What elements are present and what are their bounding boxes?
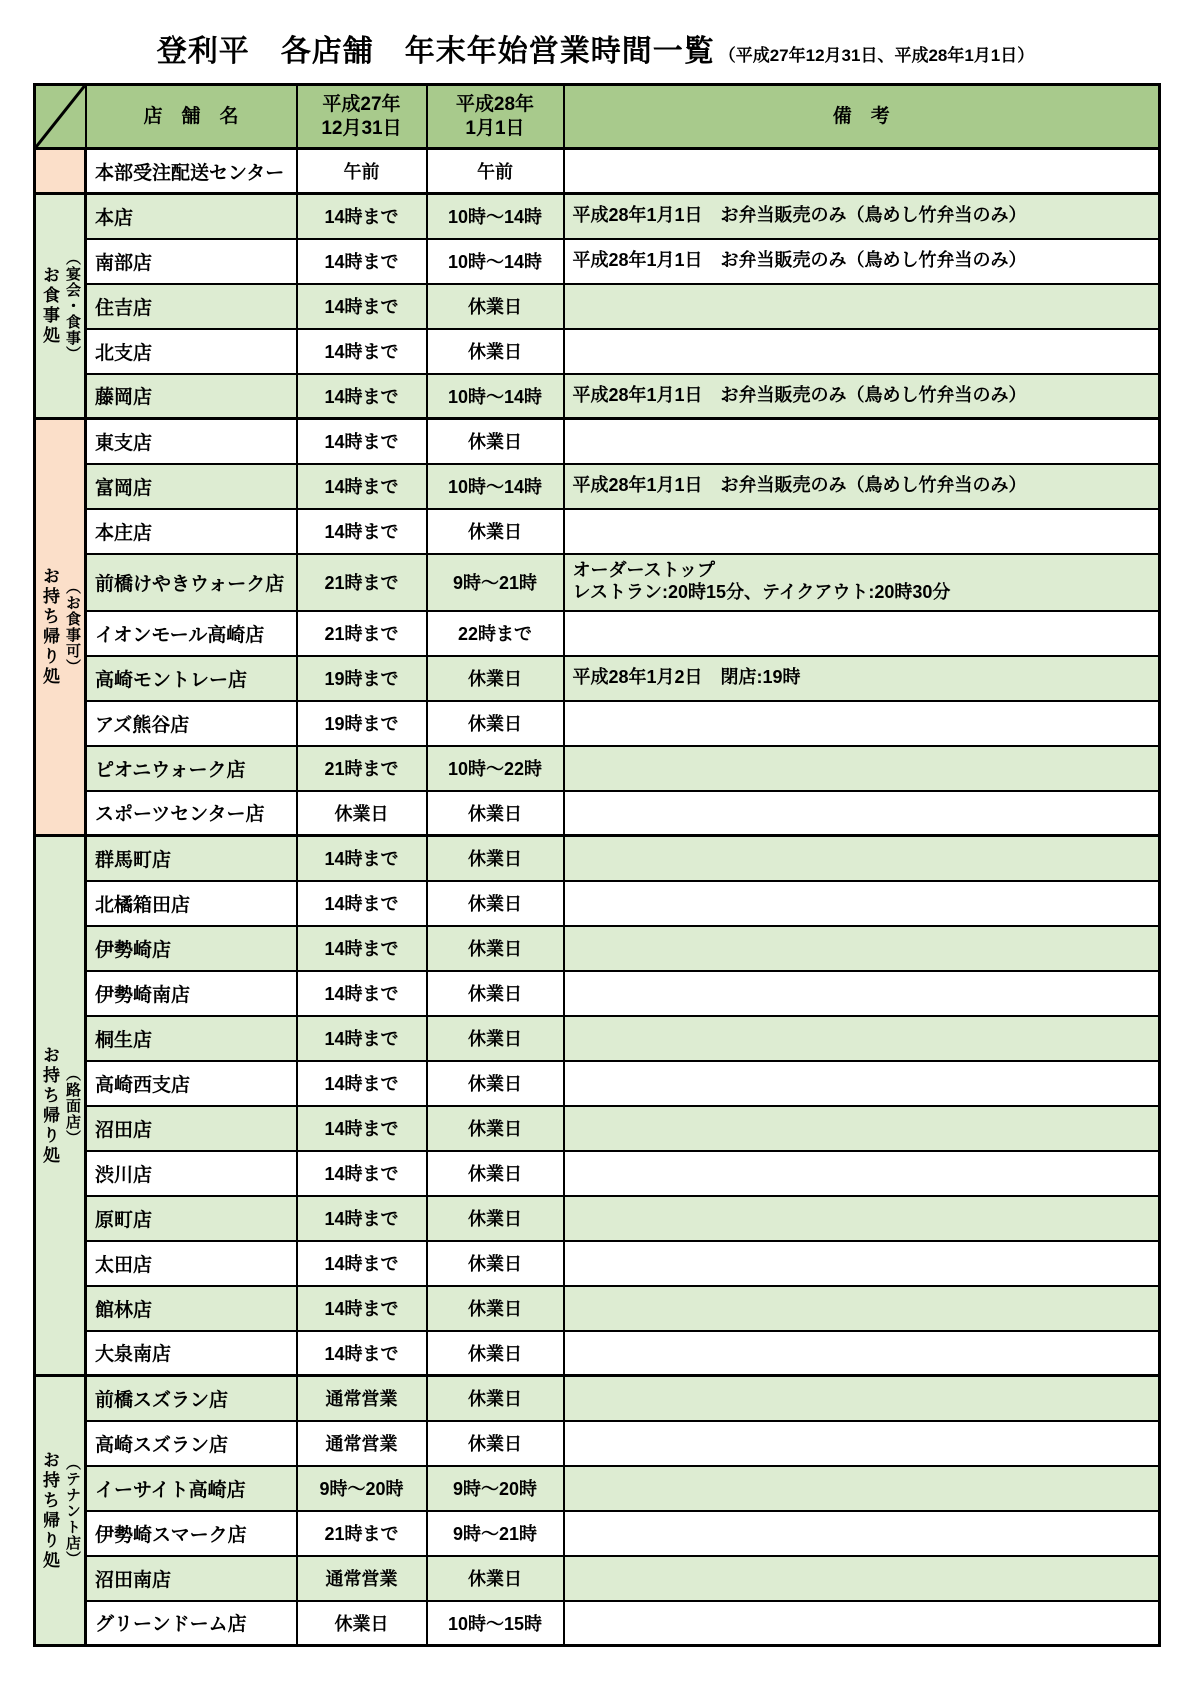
jan1-cell: 休業日 — [427, 1151, 564, 1196]
dec31-cell: 通常営業 — [297, 1556, 427, 1601]
category-label-main: お持ち帰り処 — [37, 1451, 62, 1571]
store-name-cell: 前橋スズラン店 — [86, 1376, 297, 1421]
jan1-cell: 休業日 — [427, 1421, 564, 1466]
dec31-cell: 21時まで — [297, 611, 427, 656]
table-row: スポーツセンター店休業日休業日 — [35, 791, 1160, 836]
dec31-cell: 14時まで — [297, 1331, 427, 1376]
table-row: お持ち帰り処（路面店）群馬町店14時まで休業日 — [35, 836, 1160, 881]
table-row: 住吉店14時まで休業日 — [35, 284, 1160, 329]
store-name-cell: 北橘箱田店 — [86, 881, 297, 926]
jan1-cell: 休業日 — [427, 656, 564, 701]
remark-cell — [564, 1376, 1160, 1421]
table-row: 富岡店14時まで10時～14時平成28年1月1日 お弁当販売のみ（鳥めし竹弁当の… — [35, 464, 1160, 509]
table-row: お持ち帰り処（お食事可）東支店14時まで休業日 — [35, 419, 1160, 464]
category-label: お持ち帰り処（路面店） — [36, 1046, 84, 1166]
store-name-cell: 本庄店 — [86, 509, 297, 554]
table-row: 北橘箱田店14時まで休業日 — [35, 881, 1160, 926]
jan1-cell: 休業日 — [427, 701, 564, 746]
store-name-cell: 渋川店 — [86, 1151, 297, 1196]
category-label-sub: （路面店） — [62, 1066, 83, 1146]
jan1-header: 平成28年 1月1日 — [427, 85, 564, 149]
category-label-main: お食事処 — [37, 266, 62, 346]
dec31-cell: 21時まで — [297, 746, 427, 791]
store-name-cell: 桐生店 — [86, 1016, 297, 1061]
remark-cell — [564, 1196, 1160, 1241]
store-name-cell: 原町店 — [86, 1196, 297, 1241]
store-name-cell: イーサイト高崎店 — [86, 1466, 297, 1511]
remark-cell: 平成28年1月1日 お弁当販売のみ（鳥めし竹弁当のみ） — [564, 194, 1160, 239]
category-label-sub: （お食事可） — [62, 579, 83, 675]
jan1-cell: 10時～22時 — [427, 746, 564, 791]
store-name-cell: 本店 — [86, 194, 297, 239]
remark-cell — [564, 1151, 1160, 1196]
dec31-cell: 14時まで — [297, 971, 427, 1016]
remark-cell — [564, 1286, 1160, 1331]
jan1-cell: 休業日 — [427, 971, 564, 1016]
table-row: 北支店14時まで休業日 — [35, 329, 1160, 374]
remark-cell — [564, 284, 1160, 329]
dec31-cell: 21時まで — [297, 1511, 427, 1556]
dec31-cell: 14時まで — [297, 881, 427, 926]
remark-cell — [564, 1511, 1160, 1556]
remark-cell — [564, 836, 1160, 881]
table-row: 沼田店14時まで休業日 — [35, 1106, 1160, 1151]
remark-cell — [564, 1061, 1160, 1106]
remark-cell: 平成28年1月2日 閉店:19時 — [564, 656, 1160, 701]
dec31-cell: 14時まで — [297, 926, 427, 971]
remark-cell — [564, 149, 1160, 194]
dec31-cell: 14時まで — [297, 1286, 427, 1331]
remark-cell — [564, 419, 1160, 464]
schedule-table: 店 舗 名 平成27年 12月31日 平成28年 1月1日 備 考 本部受注配送… — [33, 83, 1161, 1647]
remark-cell — [564, 1106, 1160, 1151]
table-row: 原町店14時まで休業日 — [35, 1196, 1160, 1241]
dec31-cell: 14時まで — [297, 239, 427, 284]
table-row: 伊勢崎南店14時まで休業日 — [35, 971, 1160, 1016]
store-name-cell: ピオニウォーク店 — [86, 746, 297, 791]
dec31-cell: 休業日 — [297, 1601, 427, 1646]
remark-cell — [564, 1466, 1160, 1511]
jan1-cell: 9時～21時 — [427, 554, 564, 611]
category-cell: お持ち帰り処（路面店） — [35, 836, 86, 1376]
table-row: イーサイト高崎店9時～20時9時～20時 — [35, 1466, 1160, 1511]
page-title: 登利平 各店舗 年末年始営業時間一覧（平成27年12月31日、平成28年1月1日… — [33, 26, 1158, 70]
remark-cell: 平成28年1月1日 お弁当販売のみ（鳥めし竹弁当のみ） — [564, 464, 1160, 509]
header-row: 店 舗 名 平成27年 12月31日 平成28年 1月1日 備 考 — [35, 85, 1160, 149]
dec31-cell: 14時まで — [297, 419, 427, 464]
store-name-cell: 伊勢崎スマーク店 — [86, 1511, 297, 1556]
diagonal-cell — [35, 85, 86, 149]
dec31-cell: 休業日 — [297, 791, 427, 836]
dec31-cell: 9時～20時 — [297, 1466, 427, 1511]
dec31-cell: 14時まで — [297, 464, 427, 509]
category-cell — [35, 149, 86, 194]
table-row: 藤岡店14時まで10時～14時平成28年1月1日 お弁当販売のみ（鳥めし竹弁当の… — [35, 374, 1160, 419]
dec31-cell: 通常営業 — [297, 1376, 427, 1421]
remark-cell — [564, 926, 1160, 971]
jan1-cell: 10時～14時 — [427, 194, 564, 239]
store-name-cell: スポーツセンター店 — [86, 791, 297, 836]
store-name-cell: グリーンドーム店 — [86, 1601, 297, 1646]
jan1-cell: 休業日 — [427, 284, 564, 329]
jan1-cell: 9時～21時 — [427, 1511, 564, 1556]
jan1-cell: 休業日 — [427, 836, 564, 881]
jan1-cell: 休業日 — [427, 1196, 564, 1241]
store-name-cell: 高崎西支店 — [86, 1061, 297, 1106]
table-row: お食事処（宴会・食事）本店14時まで10時～14時平成28年1月1日 お弁当販売… — [35, 194, 1160, 239]
store-name-cell: 館林店 — [86, 1286, 297, 1331]
dec31-cell: 午前 — [297, 149, 427, 194]
dec31-cell: 14時まで — [297, 1241, 427, 1286]
remark-cell — [564, 701, 1160, 746]
table-row: 高崎スズラン店通常営業休業日 — [35, 1421, 1160, 1466]
remark-cell — [564, 746, 1160, 791]
category-cell: お持ち帰り処（テナント店） — [35, 1376, 86, 1646]
jan1-cell: 休業日 — [427, 1061, 564, 1106]
dec31-cell: 14時まで — [297, 374, 427, 419]
store-name-cell: 本部受注配送センター — [86, 149, 297, 194]
dec31-cell: 14時まで — [297, 1196, 427, 1241]
remark-cell — [564, 971, 1160, 1016]
jan1-cell: 9時～20時 — [427, 1466, 564, 1511]
table-row: 伊勢崎店14時まで休業日 — [35, 926, 1160, 971]
table-row: 南部店14時まで10時～14時平成28年1月1日 お弁当販売のみ（鳥めし竹弁当の… — [35, 239, 1160, 284]
category-label: お食事処（宴会・食事） — [36, 250, 84, 362]
jan1-cell: 休業日 — [427, 926, 564, 971]
diagonal-line — [36, 86, 85, 147]
store-name-cell: イオンモール高崎店 — [86, 611, 297, 656]
jan1-cell: 休業日 — [427, 419, 564, 464]
table-row: 館林店14時まで休業日 — [35, 1286, 1160, 1331]
table-row: ピオニウォーク店21時まで10時～22時 — [35, 746, 1160, 791]
category-label-main: お持ち帰り処 — [37, 567, 62, 687]
store-name-cell: 群馬町店 — [86, 836, 297, 881]
table-row: 大泉南店14時まで休業日 — [35, 1331, 1160, 1376]
remark-cell — [564, 1016, 1160, 1061]
jan1-cell: 休業日 — [427, 509, 564, 554]
store-name-cell: 沼田南店 — [86, 1556, 297, 1601]
jan1-cell: 休業日 — [427, 1241, 564, 1286]
jan1-cell: 休業日 — [427, 1556, 564, 1601]
table-row: 渋川店14時まで休業日 — [35, 1151, 1160, 1196]
page-title-main: 登利平 各店舗 年末年始営業時間一覧 — [157, 35, 715, 68]
remark-cell — [564, 791, 1160, 836]
dec31-cell: 通常営業 — [297, 1421, 427, 1466]
category-label: お持ち帰り処（お食事可） — [36, 567, 84, 687]
jan1-cell: 休業日 — [427, 1376, 564, 1421]
table-row: 太田店14時まで休業日 — [35, 1241, 1160, 1286]
remark-cell — [564, 1241, 1160, 1286]
dec31-cell: 14時まで — [297, 1061, 427, 1106]
remark-cell — [564, 1331, 1160, 1376]
jan1-cell: 休業日 — [427, 1331, 564, 1376]
store-name-cell: 沼田店 — [86, 1106, 297, 1151]
table-row: アズ熊谷店19時まで休業日 — [35, 701, 1160, 746]
store-name-cell: 南部店 — [86, 239, 297, 284]
store-name-cell: 北支店 — [86, 329, 297, 374]
store-name-cell: 太田店 — [86, 1241, 297, 1286]
jan1-cell: 休業日 — [427, 791, 564, 836]
remark-cell — [564, 1421, 1160, 1466]
dec31-cell: 19時まで — [297, 656, 427, 701]
store-name-cell: 住吉店 — [86, 284, 297, 329]
table-row: グリーンドーム店休業日10時～15時 — [35, 1601, 1160, 1646]
remark-cell — [564, 509, 1160, 554]
table-row: 高崎西支店14時まで休業日 — [35, 1061, 1160, 1106]
remark-cell: 平成28年1月1日 お弁当販売のみ（鳥めし竹弁当のみ） — [564, 374, 1160, 419]
jan1-cell: 22時まで — [427, 611, 564, 656]
store-name-cell: 高崎モントレー店 — [86, 656, 297, 701]
category-label-main: お持ち帰り処 — [37, 1046, 62, 1166]
table-row: 本部受注配送センター午前午前 — [35, 149, 1160, 194]
jan1-cell: 10時～14時 — [427, 374, 564, 419]
table-row: 前橋けやきウォーク店21時まで9時～21時オーダーストップ レストラン:20時1… — [35, 554, 1160, 611]
page: 登利平 各店舗 年末年始営業時間一覧（平成27年12月31日、平成28年1月1日… — [0, 0, 1191, 1647]
table-row: 沼田南店通常営業休業日 — [35, 1556, 1160, 1601]
jan1-cell: 10時～14時 — [427, 464, 564, 509]
remark-cell: 平成28年1月1日 お弁当販売のみ（鳥めし竹弁当のみ） — [564, 239, 1160, 284]
category-label-sub: （テナント店） — [62, 1455, 83, 1567]
dec31-cell: 14時まで — [297, 194, 427, 239]
store-name-cell: アズ熊谷店 — [86, 701, 297, 746]
dec31-cell: 21時まで — [297, 554, 427, 611]
jan1-cell: 10時～14時 — [427, 239, 564, 284]
table-row: 高崎モントレー店19時まで休業日平成28年1月2日 閉店:19時 — [35, 656, 1160, 701]
store-name-cell: 伊勢崎南店 — [86, 971, 297, 1016]
page-title-sub: （平成27年12月31日、平成28年1月1日） — [719, 46, 1035, 65]
table-row: イオンモール高崎店21時まで22時まで — [35, 611, 1160, 656]
jan1-cell: 休業日 — [427, 1106, 564, 1151]
dec31-cell: 14時まで — [297, 1016, 427, 1061]
dec31-cell: 14時まで — [297, 329, 427, 374]
table-row: お持ち帰り処（テナント店）前橋スズラン店通常営業休業日 — [35, 1376, 1160, 1421]
remark-cell — [564, 611, 1160, 656]
store-name-cell: 富岡店 — [86, 464, 297, 509]
remark-cell — [564, 1601, 1160, 1646]
store-name-cell: 東支店 — [86, 419, 297, 464]
table-row: 伊勢崎スマーク店21時まで9時～21時 — [35, 1511, 1160, 1556]
store-name-cell: 高崎スズラン店 — [86, 1421, 297, 1466]
remark-cell — [564, 1556, 1160, 1601]
category-label: お持ち帰り処（テナント店） — [36, 1451, 84, 1571]
category-cell: お食事処（宴会・食事） — [35, 194, 86, 419]
category-cell: お持ち帰り処（お食事可） — [35, 419, 86, 836]
jan1-cell: 午前 — [427, 149, 564, 194]
category-label-sub: （宴会・食事） — [62, 250, 83, 362]
store-name-header: 店 舗 名 — [86, 85, 297, 149]
jan1-cell: 10時～15時 — [427, 1601, 564, 1646]
dec31-cell: 19時まで — [297, 701, 427, 746]
jan1-cell: 休業日 — [427, 881, 564, 926]
jan1-cell: 休業日 — [427, 329, 564, 374]
store-name-cell: 藤岡店 — [86, 374, 297, 419]
jan1-cell: 休業日 — [427, 1016, 564, 1061]
store-name-cell: 前橋けやきウォーク店 — [86, 554, 297, 611]
table-row: 桐生店14時まで休業日 — [35, 1016, 1160, 1061]
store-name-cell: 大泉南店 — [86, 1331, 297, 1376]
remark-cell — [564, 881, 1160, 926]
jan1-cell: 休業日 — [427, 1286, 564, 1331]
remark-cell: オーダーストップ レストラン:20時15分、テイクアウト:20時30分 — [564, 554, 1160, 611]
dec31-cell: 14時まで — [297, 1106, 427, 1151]
remarks-header: 備 考 — [564, 85, 1160, 149]
dec31-cell: 14時まで — [297, 836, 427, 881]
dec31-cell: 14時まで — [297, 1151, 427, 1196]
remark-cell — [564, 329, 1160, 374]
store-name-cell: 伊勢崎店 — [86, 926, 297, 971]
dec31-cell: 14時まで — [297, 509, 427, 554]
dec31-header: 平成27年 12月31日 — [297, 85, 427, 149]
dec31-cell: 14時まで — [297, 284, 427, 329]
table-row: 本庄店14時まで休業日 — [35, 509, 1160, 554]
